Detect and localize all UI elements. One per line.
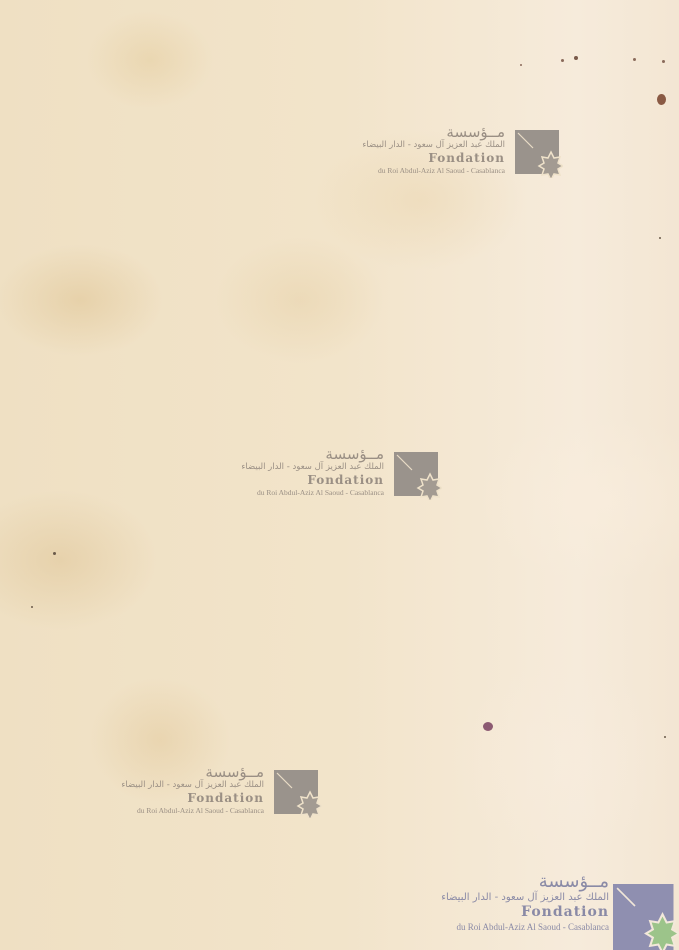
foundation-logo-icon <box>613 884 679 950</box>
watermark-arabic-subtitle: الملك عبد العزيز آل سعود - الدار البيضاء <box>441 891 609 904</box>
watermark-subtitle: du Roi Abdul-Aziz Al Saoud - Casablanca <box>241 488 384 498</box>
watermark-title: Fondation <box>241 473 384 488</box>
watermark-arabic-title: مــؤسسة <box>241 446 384 462</box>
foundation-logo-icon <box>394 452 442 500</box>
watermark-arabic-title: مــؤسسة <box>362 124 505 140</box>
foundation-logo-colored: مــؤسسة الملك عبد العزيز آل سعود - الدار… <box>400 872 679 950</box>
foundation-watermark: مــؤسسة الملك عبد العزيز آل سعود - الدار… <box>92 764 322 834</box>
watermark-subtitle: du Roi Abdul-Aziz Al Saoud - Casablanca <box>441 921 609 933</box>
ink-spot <box>520 64 522 66</box>
foundation-watermark: مــؤسسة الملك عبد العزيز آل سعود - الدار… <box>212 446 442 516</box>
watermark-subtitle: du Roi Abdul-Aziz Al Saoud - Casablanca <box>121 806 264 816</box>
foundation-logo-icon <box>274 770 322 818</box>
watermark-arabic-title: مــؤسسة <box>441 872 609 891</box>
watermark-title: Fondation <box>362 151 505 166</box>
watermark-arabic-subtitle: الملك عبد العزيز آل سعود - الدار البيضاء <box>241 462 384 473</box>
ink-spot <box>483 722 493 731</box>
ink-spot <box>664 736 666 738</box>
watermark-arabic-subtitle: الملك عبد العزيز آل سعود - الدار البيضاء <box>121 780 264 791</box>
ink-spot <box>633 58 636 61</box>
watermark-title: Fondation <box>441 904 609 921</box>
ink-spot <box>662 60 665 63</box>
ink-spot <box>659 237 661 239</box>
watermark-arabic-title: مــؤسسة <box>121 764 264 780</box>
ink-spot <box>657 94 666 105</box>
paper-page: مــؤسسة الملك عبد العزيز آل سعود - الدار… <box>0 0 679 950</box>
watermark-title: Fondation <box>121 791 264 806</box>
watermark-arabic-subtitle: الملك عبد العزيز آل سعود - الدار البيضاء <box>362 140 505 151</box>
ink-spot <box>574 56 578 60</box>
ink-spot <box>561 59 564 62</box>
foundation-logo-icon <box>515 130 563 178</box>
ink-spot <box>53 552 56 555</box>
ink-spot <box>31 606 33 608</box>
foundation-watermark: مــؤسسة الملك عبد العزيز آل سعود - الدار… <box>333 124 563 194</box>
watermark-subtitle: du Roi Abdul-Aziz Al Saoud - Casablanca <box>362 166 505 176</box>
